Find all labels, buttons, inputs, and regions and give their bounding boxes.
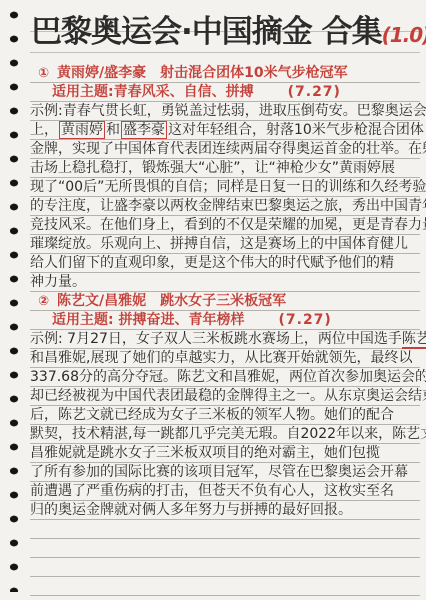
section1-heading: ①黄雨婷/盛李豪射击混合团体10米气步枪冠军 (30, 64, 420, 83)
section1-athletes: 黄雨婷/盛李豪 (57, 65, 146, 81)
title-version: (1.0) (382, 23, 426, 47)
body-line: 璀璨绽放。乐观向上、拼搏自信，这是赛场上的中国体育健儿 (30, 235, 420, 254)
note-content: ①黄雨婷/盛李豪射击混合团体10米气步枪冠军 适用主题:青春风采、自信、拼搏(7… (30, 64, 420, 596)
section2-date: (7.27) (278, 312, 331, 328)
text-run: 和 (106, 122, 120, 138)
section2-athletes: 陈艺文/昌雅妮 (57, 293, 146, 309)
binding-holes (4, 4, 24, 592)
empty-ruled-line (30, 577, 420, 596)
page-title: 巴黎奥运会·中国摘金 合集(1.0) (31, 6, 424, 62)
body-line: 后，陈艺文就已经成为女子三米板的领军人物。她们的配合 (30, 406, 420, 425)
empty-ruled-line (30, 558, 420, 577)
section1-theme: 适用主题:青春风采、自信、拼搏(7.27) (30, 83, 420, 102)
underlined-name: 陈艺文 (402, 331, 426, 349)
section1-event: 射击混合团体10米气步枪冠军 (160, 65, 347, 81)
section1-theme-text: 适用主题:青春风采、自信、拼搏 (52, 84, 254, 100)
highlighted-name: 盛李豪 (121, 121, 167, 139)
section2-theme: 适用主题: 拼搏奋进、青年榜样(7.27) (30, 311, 420, 330)
body-line: 金牌，实现了中国体育代表团连续两届夺得奥运首金的壮举。在射 (30, 140, 420, 159)
empty-ruled-line (30, 520, 420, 539)
body-line: 归的奥运金牌就对俩人多年努力与拼搏的最好回报。 (30, 501, 420, 520)
section2-number-icon: ② (38, 294, 49, 309)
section1-date: (7.27) (288, 84, 341, 100)
body-line: 和昌雅妮,展现了她们的卓越实力，从比赛开始就领先，最终以 (30, 349, 420, 368)
section2-event: 跳水女子三米板冠军 (160, 293, 286, 309)
body-line: 上，黄雨婷和盛李豪这对年轻组合，射落10米气步枪混合团体 (30, 121, 420, 140)
body-line: 击场上稳扎稳打，锻炼强大“心脏”，让“神枪少女”黄雨婷展 (30, 159, 420, 178)
body-line: 示例: 7月27日，女子双人三米板跳水赛场上，两位中国选手陈艺文 (30, 330, 420, 349)
body-line: 337.68分的高分夺冠。陈艺文和昌雅妮，两位首次参加奥运会的选手， (30, 368, 420, 387)
highlighted-name: 黄雨婷 (59, 121, 105, 139)
body-line: 的专注度，让盛李豪以两枚金牌结束巴黎奥运之旅，秀出中国青年的 (30, 197, 420, 216)
text-run: 上， (30, 122, 58, 138)
text-run: 示例: 7月27日，女子双人三米板跳水赛场上，两位中国选手 (30, 331, 402, 347)
body-line: 昌雅妮就是跳水女子三米板双项目的绝对霸主，她们包揽 (30, 444, 420, 463)
title-text: 巴黎奥运会·中国摘金 合集 (31, 14, 382, 50)
text-run: 这对年轻组合，射落10米气步枪混合团体 (168, 122, 424, 138)
empty-ruled-line (30, 539, 420, 558)
body-line: 前遭遇了严重伤病的打击，但苍天不负有心人，这枚实至名 (30, 482, 420, 501)
section2-heading: ②陈艺文/昌雅妮跳水女子三米板冠军 (30, 292, 420, 311)
body-line: 示例:青春气贯长虹，勇锐盖过怯弱，进取压倒苟安。巴黎奥运会 (30, 102, 420, 121)
body-line: 默契，技术精湛,每一跳都几乎完美无瑕。自2022年以来，陈艺文/ (30, 425, 420, 444)
body-line: 了所有参加的国际比赛的该项目冠军，尽管在巴黎奥运会开幕 (30, 463, 420, 482)
body-line: 给人们留下的直观印象，更是这个伟大的时代赋予他们的精 (30, 254, 420, 273)
body-line: 神力量。 (30, 273, 420, 292)
section1-number-icon: ① (38, 66, 49, 81)
body-line: 竞技风采。在他们身上，看到的不仅是荣耀的加冕，更是青春力量的 (30, 216, 420, 235)
body-line: 现了“00后”无所畏惧的自信；同样是日复一日的训练和久经考验 (30, 178, 420, 197)
section2-theme-text: 适用主题: 拼搏奋进、青年榜样 (52, 312, 244, 328)
notebook-page: 巴黎奥运会·中国摘金 合集(1.0) ①黄雨婷/盛李豪射击混合团体10米气步枪冠… (0, 0, 426, 600)
body-line: 却已经被视为中国代表团最稳的金牌得主之一。从东京奥运会结束 (30, 387, 420, 406)
